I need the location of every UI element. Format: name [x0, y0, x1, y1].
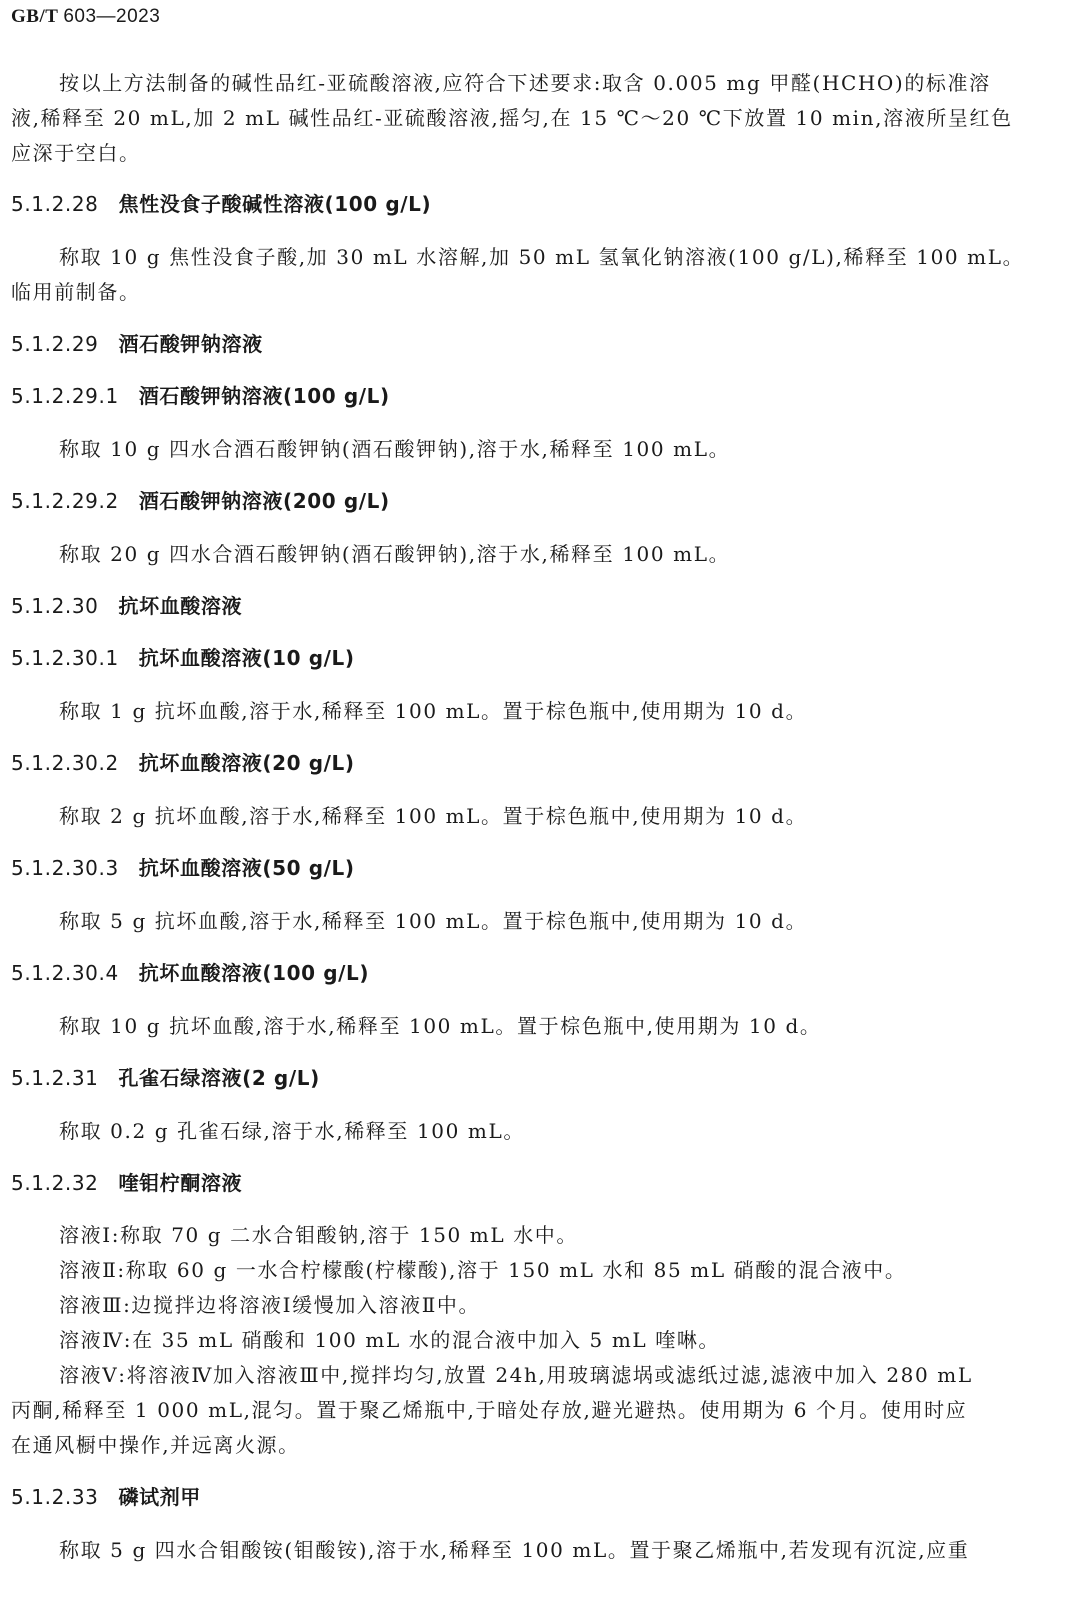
- section-heading-5-1-2-29-1: 5.1.2.29.1酒石酸钾钠溶液(100 g/L): [11, 383, 390, 409]
- solution-1-line: 溶液Ⅰ:称取 70 g 二水合钼酸钠,溶于 150 mL 水中。: [59, 1222, 578, 1248]
- section-title: 孔雀石绿溶液(2 g/L): [119, 1066, 320, 1090]
- section-title: 酒石酸钾钠溶液(200 g/L): [139, 489, 390, 513]
- section-number: 5.1.2.29: [11, 332, 99, 356]
- section-title: 酒石酸钾钠溶液(100 g/L): [139, 384, 390, 408]
- section-number: 5.1.2.33: [11, 1485, 99, 1509]
- paragraph-line: 称取 10 g 四水合酒石酸钾钠(酒石酸钾钠),溶于水,稀释至 100 mL。: [59, 436, 730, 462]
- section-title: 磷试剂甲: [119, 1485, 201, 1509]
- paragraph-line: 在通风橱中操作,并远离火源。: [11, 1432, 300, 1458]
- paragraph-line: 称取 1 g 抗坏血酸,溶于水,稀释至 100 mL。置于棕色瓶中,使用期为 1…: [59, 698, 807, 724]
- paragraph-line: 称取 20 g 四水合酒石酸钾钠(酒石酸钾钠),溶于水,稀释至 100 mL。: [59, 541, 730, 567]
- solution-5-line: 溶液Ⅴ:将溶液Ⅳ加入溶液Ⅲ中,搅拌均匀,放置 24h,用玻璃滤埚或滤纸过滤,滤液…: [59, 1362, 973, 1388]
- section-title: 喹钼柠酮溶液: [119, 1171, 243, 1195]
- section-number: 5.1.2.30.4: [11, 961, 119, 985]
- standard-number: GB/T 603—2023: [11, 6, 160, 28]
- section-number: 5.1.2.30.1: [11, 646, 119, 670]
- paragraph-line: 称取 5 g 抗坏血酸,溶于水,稀释至 100 mL。置于棕色瓶中,使用期为 1…: [59, 908, 807, 934]
- section-title: 抗坏血酸溶液: [119, 594, 243, 618]
- section-number: 5.1.2.30.3: [11, 856, 119, 880]
- section-heading-5-1-2-30-3: 5.1.2.30.3抗坏血酸溶液(50 g/L): [11, 855, 355, 881]
- section-number: 5.1.2.30.2: [11, 751, 119, 775]
- section-number: 5.1.2.31: [11, 1066, 99, 1090]
- section-heading-5-1-2-28: 5.1.2.28焦性没食子酸碱性溶液(100 g/L): [11, 191, 431, 217]
- section-heading-5-1-2-30-4: 5.1.2.30.4抗坏血酸溶液(100 g/L): [11, 960, 369, 986]
- document-page: GB/T 603—2023 按以上方法制备的碱性品红-亚硫酸溶液,应符合下述要求…: [0, 0, 1080, 1622]
- section-heading-5-1-2-32: 5.1.2.32喹钼柠酮溶液: [11, 1170, 242, 1196]
- section-title: 酒石酸钾钠溶液: [119, 332, 263, 356]
- solution-2-line: 溶液Ⅱ:称取 60 g 一水合柠檬酸(柠檬酸),溶于 150 mL 水和 85 …: [59, 1257, 906, 1283]
- section-number: 5.1.2.28: [11, 192, 99, 216]
- standard-year: 603—2023: [63, 6, 160, 27]
- standard-prefix: GB/T: [11, 6, 58, 27]
- paragraph-line: 丙酮,稀释至 1 000 mL,混匀。置于聚乙烯瓶中,于暗处存放,避光避热。使用…: [11, 1397, 967, 1423]
- paragraph-line: 称取 2 g 抗坏血酸,溶于水,稀释至 100 mL。置于棕色瓶中,使用期为 1…: [59, 803, 807, 829]
- section-heading-5-1-2-29: 5.1.2.29酒石酸钾钠溶液: [11, 331, 263, 357]
- section-heading-5-1-2-33: 5.1.2.33磷试剂甲: [11, 1484, 201, 1510]
- section-heading-5-1-2-29-2: 5.1.2.29.2酒石酸钾钠溶液(200 g/L): [11, 488, 390, 514]
- section-heading-5-1-2-30: 5.1.2.30抗坏血酸溶液: [11, 593, 242, 619]
- paragraph-line: 液,稀释至 20 mL,加 2 mL 碱性品红-亚硫酸溶液,摇匀,在 15 ℃～…: [11, 105, 1013, 131]
- paragraph-line: 临用前制备。: [11, 279, 141, 305]
- section-number: 5.1.2.29.1: [11, 384, 119, 408]
- section-number: 5.1.2.29.2: [11, 489, 119, 513]
- section-title: 抗坏血酸溶液(100 g/L): [139, 961, 369, 985]
- section-title: 焦性没食子酸碱性溶液(100 g/L): [119, 192, 432, 216]
- section-title: 抗坏血酸溶液(50 g/L): [139, 856, 355, 880]
- section-heading-5-1-2-31: 5.1.2.31孔雀石绿溶液(2 g/L): [11, 1065, 320, 1091]
- solution-3-line: 溶液Ⅲ:边搅拌边将溶液Ⅰ缓慢加入溶液Ⅱ中。: [59, 1292, 480, 1318]
- section-heading-5-1-2-30-2: 5.1.2.30.2抗坏血酸溶液(20 g/L): [11, 750, 355, 776]
- paragraph-line: 称取 10 g 抗坏血酸,溶于水,稀释至 100 mL。置于棕色瓶中,使用期为 …: [59, 1013, 822, 1039]
- section-title: 抗坏血酸溶液(10 g/L): [139, 646, 355, 670]
- solution-4-line: 溶液Ⅳ:在 35 mL 硝酸和 100 mL 水的混合液中加入 5 mL 喹啉。: [59, 1327, 720, 1353]
- section-heading-5-1-2-30-1: 5.1.2.30.1抗坏血酸溶液(10 g/L): [11, 645, 355, 671]
- section-title: 抗坏血酸溶液(20 g/L): [139, 751, 355, 775]
- section-number: 5.1.2.30: [11, 594, 99, 618]
- paragraph-line: 称取 5 g 四水合钼酸铵(钼酸铵),溶于水,稀释至 100 mL。置于聚乙烯瓶…: [59, 1537, 969, 1563]
- paragraph-line: 称取 0.2 g 孔雀石绿,溶于水,稀释至 100 mL。: [59, 1118, 525, 1144]
- paragraph-line: 按以上方法制备的碱性品红-亚硫酸溶液,应符合下述要求:取含 0.005 mg 甲…: [59, 70, 991, 96]
- paragraph-line: 称取 10 g 焦性没食子酸,加 30 mL 水溶解,加 50 mL 氢氧化钠溶…: [59, 244, 1024, 270]
- paragraph-line: 应深于空白。: [11, 140, 141, 166]
- section-number: 5.1.2.32: [11, 1171, 99, 1195]
